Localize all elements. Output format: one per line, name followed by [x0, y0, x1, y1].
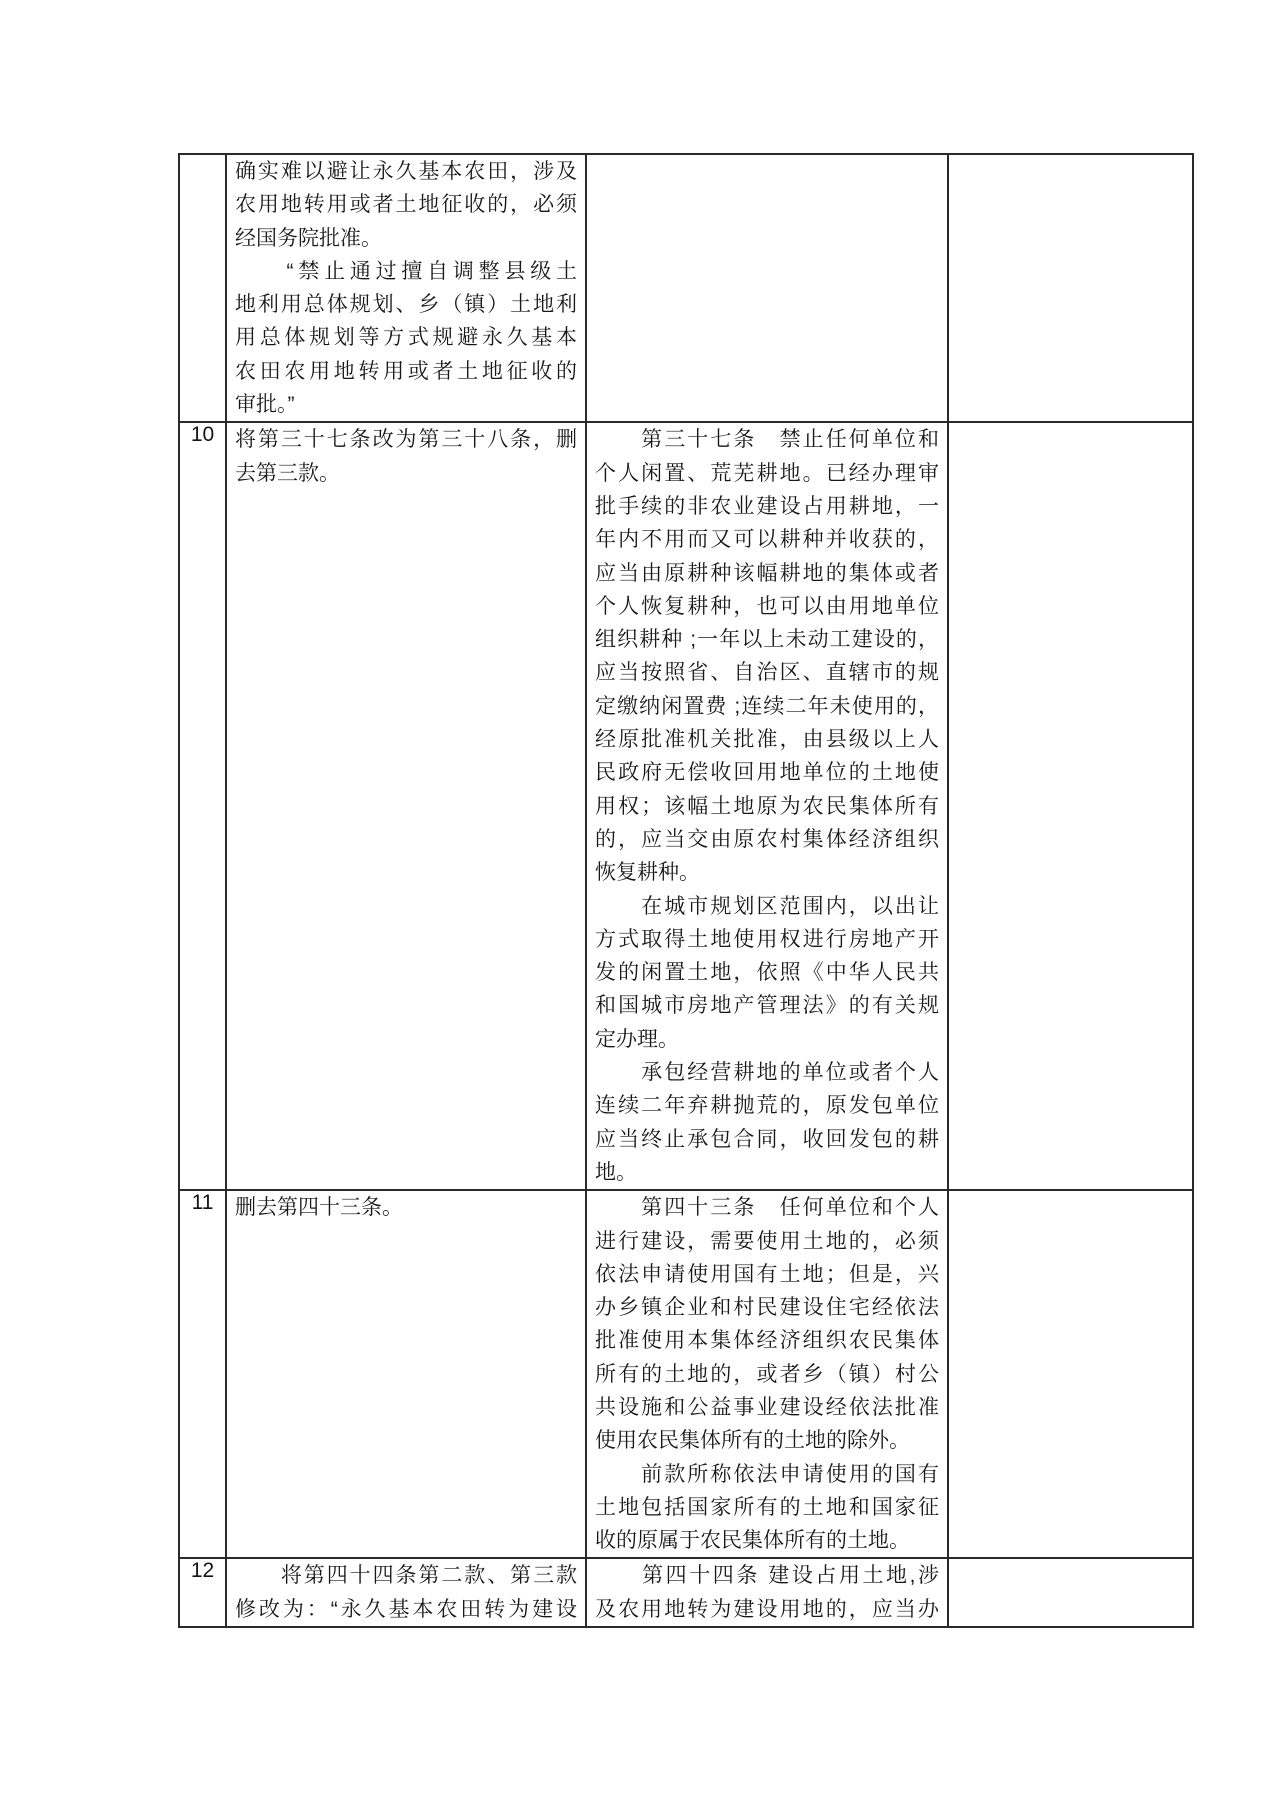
text-line: 连续二年弃耕抛荒的，原发包单位: [595, 1089, 939, 1122]
text-line: 前款所称依法申请使用的国有: [595, 1458, 939, 1491]
table-body: 确实难以避让永久基本农田，涉及农用地转用或者土地征收的，必须经国务院批准。 “禁…: [179, 154, 1193, 1627]
notes-cell: [948, 1558, 1193, 1627]
text-line: 第四十四条 建设占用土地,涉: [595, 1559, 939, 1592]
document-page: 确实难以避让永久基本农田，涉及农用地转用或者土地征收的，必须经国务院批准。 “禁…: [0, 0, 1271, 1797]
text-line: 批手续的非农业建设占用耕地，一: [595, 490, 939, 523]
text-line: 第三十七条 禁止任何单位和: [595, 423, 939, 456]
text-line: 修改为：“永久基本农田转为建设: [235, 1593, 577, 1626]
original-cell: 第三十七条 禁止任何单位和个人闲置、荒芜耕地。已经办理审批手续的非农业建设占用耕…: [586, 422, 948, 1190]
text-line: 定办理。: [595, 1023, 939, 1056]
table-row: 确实难以避让永久基本农田，涉及农用地转用或者土地征收的，必须经国务院批准。 “禁…: [179, 154, 1193, 422]
text-line: 经国务院批准。: [235, 222, 577, 255]
paragraph: 第四十三条 任何单位和个人进行建设，需要使用土地的，必须依法申请使用国有土地；但…: [595, 1191, 939, 1457]
text-line: 年内不用而又可以耕种并收获的，: [595, 523, 939, 556]
text-line: “禁止通过擅自调整县级土: [235, 255, 577, 288]
text-line: 审批。”: [235, 388, 577, 421]
text-line: 去第三款。: [235, 457, 577, 490]
text-line: 使用农民集体所有的土地的除外。: [595, 1424, 939, 1457]
amendment-cell: 删去第四十三条。: [226, 1190, 586, 1558]
table-row: 11删去第四十三条。 第四十三条 任何单位和个人进行建设，需要使用土地的，必须依…: [179, 1190, 1193, 1558]
paragraph: 第四十四条 建设占用土地,涉及农用地转为建设用地的，应当办: [595, 1559, 939, 1626]
text-line: 农用地转用或者土地征收的，必须: [235, 188, 577, 221]
text-line: 农田农用地转用或者土地征收的: [235, 355, 577, 388]
text-line: 经原批准机关批准，由县级以上人: [595, 723, 939, 756]
paragraph: 第三十七条 禁止任何单位和个人闲置、荒芜耕地。已经办理审批手续的非农业建设占用耕…: [595, 423, 939, 889]
text-line: 个人闲置、荒芜耕地。已经办理审: [595, 457, 939, 490]
text-line: 的，应当交由原农村集体经济组织: [595, 823, 939, 856]
text-line: 办乡镇企业和村民建设住宅经依法: [595, 1291, 939, 1324]
text-line: 将第四十四条第二款、第三款: [235, 1559, 577, 1592]
text-line: 第四十三条 任何单位和个人: [595, 1191, 939, 1224]
text-line: 承包经营耕地的单位或者个人: [595, 1056, 939, 1089]
text-line: 确实难以避让永久基本农田，涉及: [235, 155, 577, 188]
amendment-cell: 将第四十四条第二款、第三款修改为：“永久基本农田转为建设: [226, 1558, 586, 1627]
paragraph: “禁止通过擅自调整县级土地利用总体规划、乡（镇）土地利用总体规划等方式规避永久基…: [235, 255, 577, 421]
notes-cell: [948, 154, 1193, 422]
amendment-cell: 确实难以避让永久基本农田，涉及农用地转用或者土地征收的，必须经国务院批准。 “禁…: [226, 154, 586, 422]
paragraph: 前款所称依法申请使用的国有土地包括国家所有的土地和国家征收的原属于农民集体所有的…: [595, 1458, 939, 1558]
original-cell: 第四十四条 建设占用土地,涉及农用地转为建设用地的，应当办: [586, 1558, 948, 1627]
paragraph: 删去第四十三条。: [235, 1191, 577, 1224]
paragraph: 将第三十七条改为第三十八条，删去第三款。: [235, 423, 577, 490]
original-cell: 第四十三条 任何单位和个人进行建设，需要使用土地的，必须依法申请使用国有土地；但…: [586, 1190, 948, 1558]
text-line: 方式取得土地使用权进行房地产开: [595, 923, 939, 956]
text-line: 地。: [595, 1156, 939, 1189]
text-line: 应当由原耕种该幅耕地的集体或者: [595, 557, 939, 590]
amendment-cell: 将第三十七条改为第三十八条，删去第三款。: [226, 422, 586, 1190]
text-line: 将第三十七条改为第三十八条，删: [235, 423, 577, 456]
original-cell: [586, 154, 948, 422]
text-line: 和国城市房地产管理法》的有关规: [595, 989, 939, 1022]
text-line: 进行建设，需要使用土地的，必须: [595, 1225, 939, 1258]
table-row: 10将第三十七条改为第三十八条，删去第三款。 第三十七条 禁止任何单位和个人闲置…: [179, 422, 1193, 1190]
text-line: 应当终止承包合同，收回发包的耕: [595, 1123, 939, 1156]
text-line: 批准使用本集体经济组织农民集体: [595, 1324, 939, 1357]
text-line: 个人恢复耕种，也可以由用地单位: [595, 590, 939, 623]
text-line: 共设施和公益事业建设经依法批准: [595, 1391, 939, 1424]
text-line: 定缴纳闲置费 ;连续二年未使用的，: [595, 690, 939, 723]
table-row: 12 将第四十四条第二款、第三款修改为：“永久基本农田转为建设 第四十四条 建设…: [179, 1558, 1193, 1627]
text-line: 地利用总体规划、乡（镇）土地利: [235, 288, 577, 321]
text-line: 土地包括国家所有的土地和国家征: [595, 1491, 939, 1524]
text-line: 民政府无偿收回用地单位的土地使: [595, 756, 939, 789]
text-line: 及农用地转为建设用地的，应当办: [595, 1593, 939, 1626]
paragraph: 在城市规划区范围内，以出让方式取得土地使用权进行房地产开发的闲置土地，依照《中华…: [595, 890, 939, 1056]
text-line: 所有的土地的，或者乡（镇）村公: [595, 1358, 939, 1391]
notes-cell: [948, 422, 1193, 1190]
text-line: 删去第四十三条。: [235, 1191, 577, 1224]
text-line: 组织耕种 ;一年以上未动工建设的，: [595, 623, 939, 656]
paragraph: 确实难以避让永久基本农田，涉及农用地转用或者土地征收的，必须经国务院批准。: [235, 155, 577, 255]
text-line: 在城市规划区范围内，以出让: [595, 890, 939, 923]
text-line: 用总体规划等方式规避永久基本: [235, 321, 577, 354]
row-number-cell: 10: [179, 422, 226, 1190]
amendment-comparison-table: 确实难以避让永久基本农田，涉及农用地转用或者土地征收的，必须经国务院批准。 “禁…: [178, 153, 1194, 1628]
row-number-cell: 12: [179, 1558, 226, 1627]
paragraph: 将第四十四条第二款、第三款修改为：“永久基本农田转为建设: [235, 1559, 577, 1626]
text-line: 依法申请使用国有土地；但是，兴: [595, 1258, 939, 1291]
text-line: 收的原属于农民集体所有的土地。: [595, 1524, 939, 1557]
row-number-cell: [179, 154, 226, 422]
text-line: 用权；该幅土地原为农民集体所有: [595, 790, 939, 823]
text-line: 发的闲置土地，依照《中华人民共: [595, 956, 939, 989]
notes-cell: [948, 1190, 1193, 1558]
text-line: 恢复耕种。: [595, 856, 939, 889]
row-number-cell: 11: [179, 1190, 226, 1558]
paragraph: 承包经营耕地的单位或者个人连续二年弃耕抛荒的，原发包单位应当终止承包合同，收回发…: [595, 1056, 939, 1189]
text-line: 应当按照省、自治区、直辖市的规: [595, 656, 939, 689]
